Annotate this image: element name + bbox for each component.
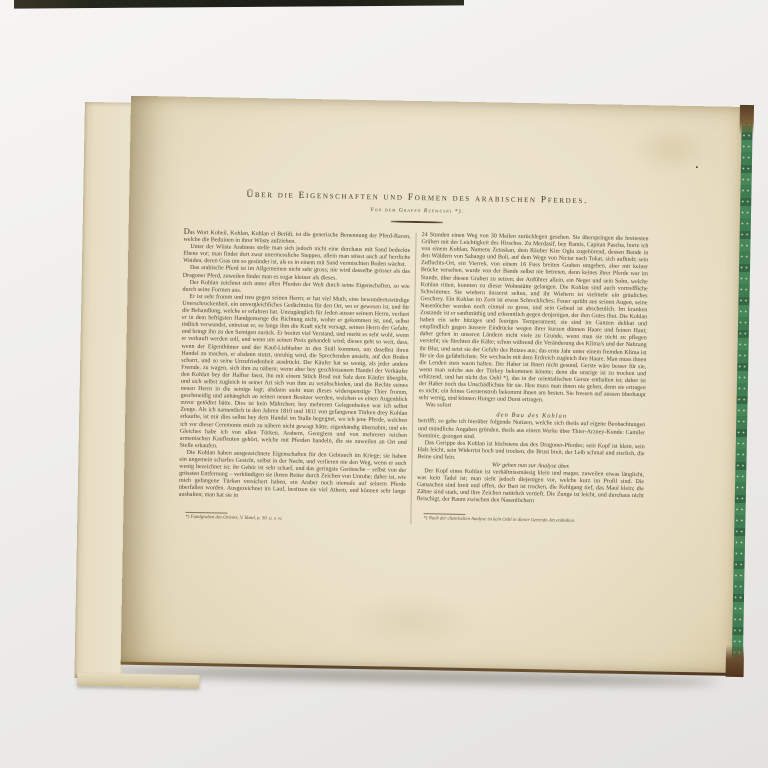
book-page: Über die Eigenschaften und Formen des ar… (121, 96, 743, 675)
photo-scene: Über die Eigenschaften und Formen des ar… (0, 0, 768, 768)
paper-speck (696, 166, 698, 168)
article: Über die Eigenschaften und Formen des ar… (178, 189, 650, 529)
background-dark-strip (14, 0, 464, 9)
paragraph: Die Kohlan haben ausgezeichnete Eigensch… (179, 450, 407, 504)
cover-worn-corner-top (739, 105, 754, 135)
paper-stain (630, 123, 711, 176)
footnote: *) Nach der chemischen Analyse ist kein … (416, 516, 643, 526)
open-book: Über die Eigenschaften und Formen des ar… (74, 95, 751, 689)
right-column: 24 Stunden einen Weg von 30 Meilen zurüc… (416, 232, 648, 528)
cover-worn-corner-bottom (726, 645, 745, 677)
footnote: *) Fundgruben des Orients, V. Band, p. 5… (178, 514, 405, 524)
paragraph: Das Gerippe des Kohlan ist höchstens das… (417, 440, 644, 465)
paper-stain (341, 590, 482, 653)
paragraph: Der Kopf eines Kohlan ist verhältnissmäs… (417, 468, 645, 508)
paragraph: 24 Stunden einen Weg von 30 Meilen zurüc… (419, 232, 649, 406)
column-divider-rule (410, 233, 416, 524)
bottom-page-lip (77, 673, 199, 688)
footnote-rule (423, 513, 465, 515)
text-columns: Das Wort Koheil, Kohlan, Kohlan el Berld… (178, 228, 649, 529)
title-divider-rule (391, 221, 443, 224)
footnote-rule (185, 511, 227, 513)
paragraph: Er ist sehr fromm und treu gegen seinen … (180, 294, 410, 454)
left-column: Das Wort Koheil, Kohlan, Kohlan el Berld… (178, 228, 410, 524)
